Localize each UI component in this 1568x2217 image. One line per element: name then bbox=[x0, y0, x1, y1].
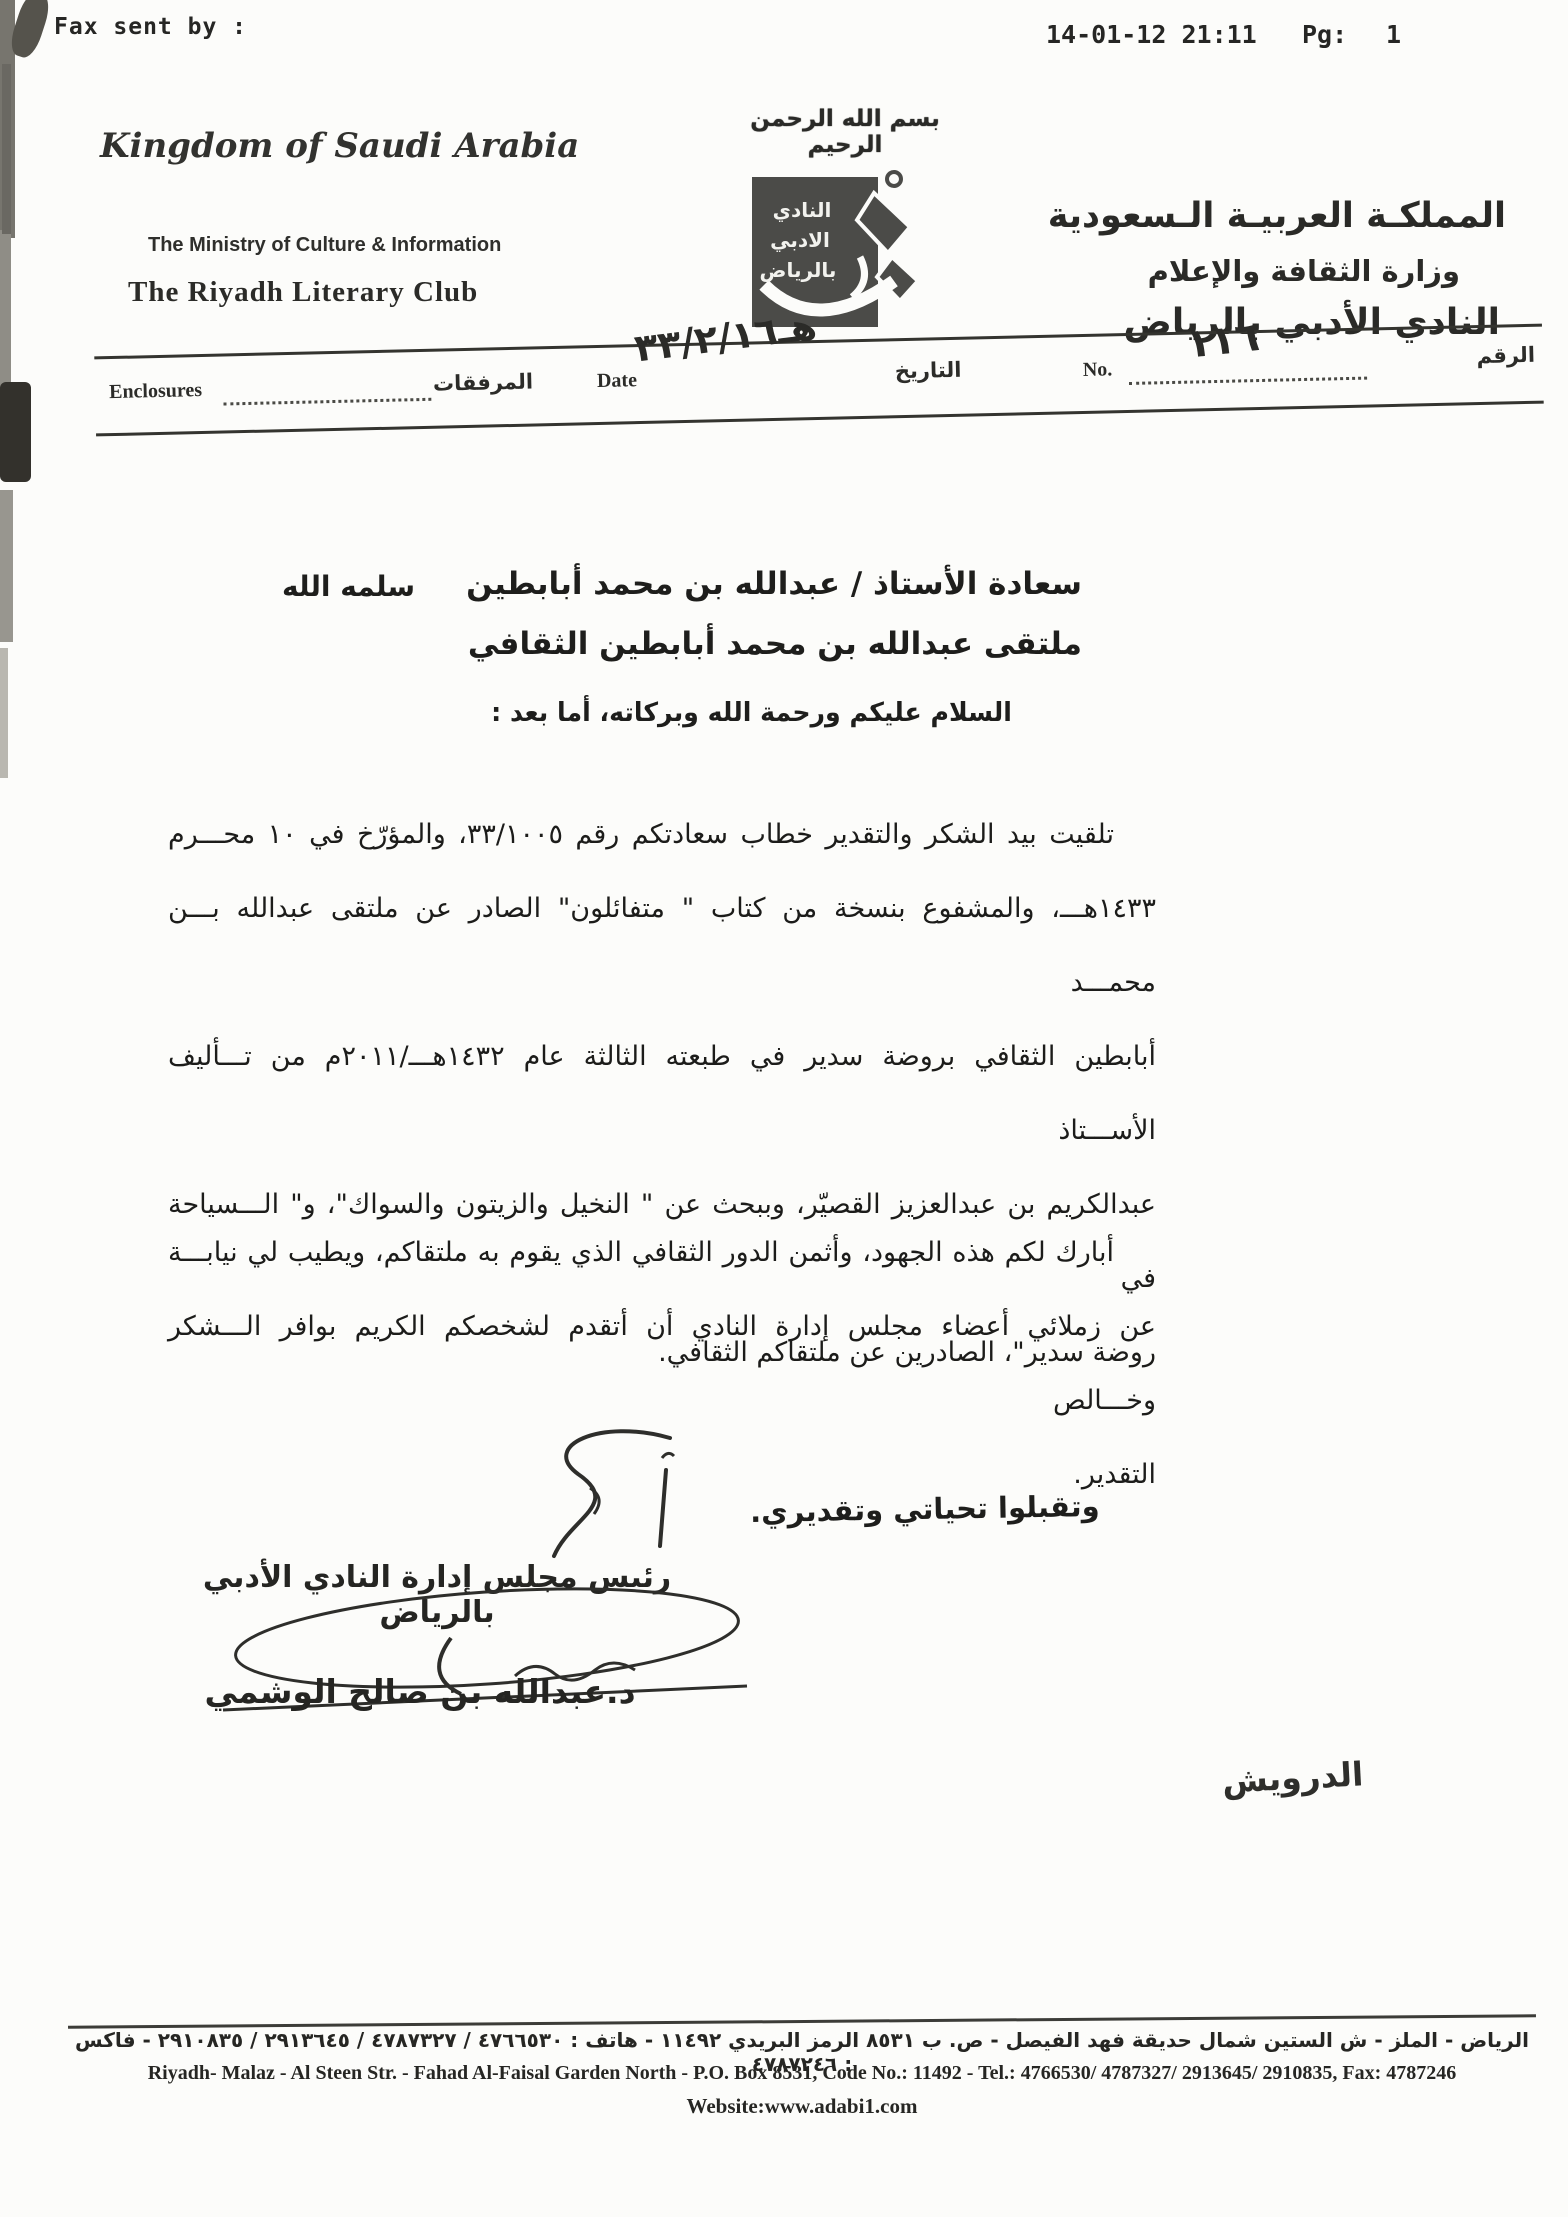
bismillah-calligraphy: بسم الله الرحمن الرحيم bbox=[725, 106, 965, 158]
scan-artifact bbox=[0, 382, 31, 482]
paragraph-line: ١٤٣٣هـــ، والمشفوع بنسخة من كتاب " متفائ… bbox=[168, 872, 1156, 1020]
footer-divider bbox=[68, 2014, 1536, 2029]
signature-flourish bbox=[470, 1418, 700, 1578]
number-label-ar: الرقم bbox=[1476, 343, 1535, 368]
fax-page-label: Pg: bbox=[1302, 20, 1347, 49]
logo-text-line: الادبي bbox=[770, 228, 830, 253]
fax-sent-by-label: Fax sent by : bbox=[54, 14, 247, 40]
handwritten-note: الدرويش bbox=[1221, 1754, 1364, 1800]
recipient-name-line: سعادة الأستاذ / عبدالله بن محمد أبابطين bbox=[466, 566, 1082, 602]
scan-artifact bbox=[0, 230, 11, 398]
number-label-en: No. bbox=[1083, 358, 1113, 382]
fax-datetime: 14-01-12 21:11 bbox=[1046, 20, 1257, 49]
enclosures-label-ar: المرفقات bbox=[433, 369, 534, 395]
paragraph-line: أبابطين الثقافي بروضة سدير في طبعته الثا… bbox=[168, 1020, 1156, 1168]
letterhead-english-club: The Riyadh Literary Club bbox=[128, 276, 478, 309]
scan-artifact bbox=[6, 0, 53, 61]
letterhead-english-ministry: The Ministry of Culture & Information bbox=[148, 234, 501, 257]
footer-address-english: Riyadh- Malaz - Al Steen Str. - Fahad Al… bbox=[68, 2062, 1536, 2085]
number-handwritten-value: ١١٦ bbox=[1184, 314, 1262, 368]
scan-artifact bbox=[0, 648, 8, 778]
salute-note: سلمه الله bbox=[282, 570, 415, 603]
scan-artifact bbox=[2, 64, 11, 234]
paragraph-line: أبارك لكم هذه الجهود، وأثمن الدور الثقاف… bbox=[168, 1216, 1156, 1290]
scan-artifact bbox=[0, 490, 13, 642]
closing-line: وتقبلوا تحياتي وتقديري. bbox=[750, 1489, 1100, 1529]
footer-website: Website:www.adabi1.com bbox=[68, 2094, 1536, 2119]
reference-bar: Enclosures المرفقات Date هـ٣٣/٢/١٦ التار… bbox=[94, 324, 1543, 437]
scan-artifact bbox=[0, 0, 15, 238]
fax-page: Fax sent by : 14-01-12 21:11 Pg: 1 Kingd… bbox=[0, 0, 1568, 2217]
letterhead-arabic-country: المملكـة العربيـة الـسعودية bbox=[1048, 196, 1506, 236]
letterhead-english-country: Kingdom of Saudi Arabia bbox=[100, 126, 579, 166]
letterhead-arabic-ministry: وزارة الثقافة والإعلام bbox=[1148, 254, 1460, 288]
signature-name: د.عبدالله بن صالح الوشمي bbox=[185, 1672, 655, 1711]
paragraph-line: تلقيت بيد الشكر والتقدير خطاب سعادتكم رق… bbox=[168, 798, 1156, 872]
fax-page-number: 1 bbox=[1386, 20, 1401, 49]
paragraph-line: عن زملائي أعضاء مجلس إدارة النادي أن أتق… bbox=[168, 1290, 1156, 1438]
enclosures-leader-line bbox=[223, 398, 431, 406]
number-leader-line bbox=[1129, 377, 1367, 385]
enclosures-label-en: Enclosures bbox=[109, 379, 202, 404]
logo-text-line: بالرياض bbox=[760, 258, 837, 282]
logo-text-line: النادي bbox=[773, 198, 832, 223]
date-label-ar: التاريخ bbox=[895, 358, 962, 384]
recipient-organization-line: ملتقى عبدالله بن محمد أبابطين الثقافي bbox=[468, 626, 1082, 662]
date-handwritten-value: هـ٣٣/٢/١٦ bbox=[632, 304, 819, 371]
date-label-en: Date bbox=[597, 369, 637, 393]
greeting-line: السلام عليكم ورحمة الله وبركاته، أما بعد… bbox=[491, 698, 1012, 728]
